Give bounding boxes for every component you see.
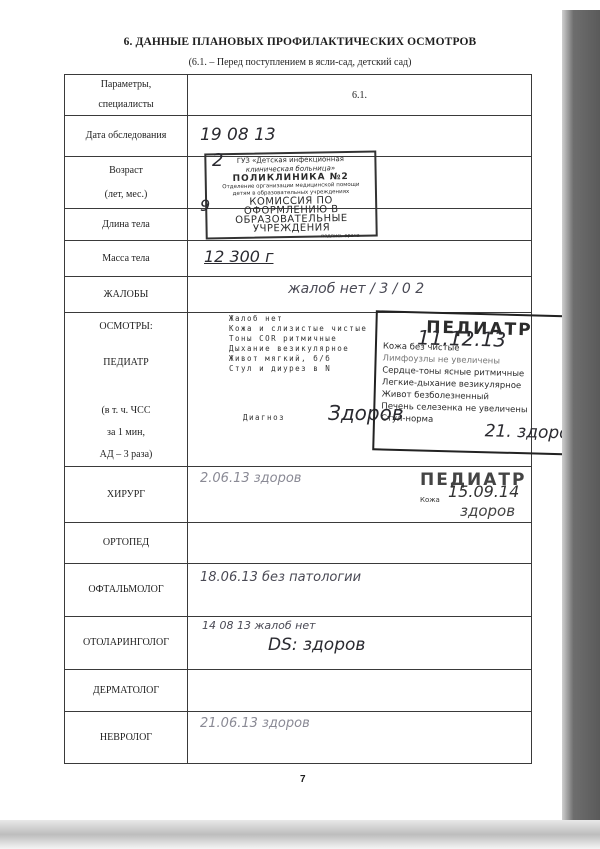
- pediatrician-stamp: ПЕДИАТР 11.12.13 Кожа без чистые Лимфоуз…: [372, 310, 584, 455]
- handwritten-height: 9: [200, 196, 210, 215]
- row-value-otolaryngologist: 14 08 13 жалоб нет DS: здоров: [188, 617, 532, 670]
- handwritten-surgeon: 2.06.13 здоров: [200, 471, 301, 486]
- handwritten-neurologist: 21.06.13 здоров: [200, 716, 310, 731]
- pediatrician-stamp-faded: ПЕДИАТР 15.09.14 Кожа здоров: [420, 470, 560, 504]
- handwritten-ophthalmologist: 18.06.13 без патологии: [200, 570, 361, 585]
- table-row: ОТОЛАРИНГОЛОГ 14 08 13 жалоб нет DS: здо…: [65, 617, 532, 670]
- pediatrician-stamp-date: 11.12.13: [417, 331, 506, 345]
- row-label-weight: Масса тела: [65, 241, 188, 277]
- diagnosis-label: Диагноз: [243, 413, 285, 422]
- table-row: Масса тела 12 300 г: [65, 241, 532, 277]
- row-label-otolaryngologist: ОТОЛАРИНГОЛОГ: [65, 617, 188, 670]
- row-label-complaints: ЖАЛОБЫ: [65, 277, 188, 313]
- page-title: 6. ДАННЫЕ ПЛАНОВЫХ ПРОФИЛАКТИЧЕСКИХ ОСМО…: [0, 36, 600, 48]
- header-label-cell: Параметры, специалисты: [65, 75, 188, 116]
- handwritten-otolaryngologist-line1: 14 08 13 жалоб нет: [202, 619, 316, 632]
- row-value-neurologist: 21.06.13 здоров: [188, 712, 532, 764]
- row-value-complaints: жалоб нет / 3 / 0 2: [188, 277, 532, 313]
- row-label-pediatrician: ОСМОТРЫ: ПЕДИАТР (в т. ч. ЧСС за 1 мин, …: [65, 313, 188, 467]
- row-value-orthopedist: [188, 523, 532, 564]
- table-row: ДЕРМАТОЛОГ: [65, 670, 532, 712]
- page-number: 7: [300, 774, 306, 785]
- table-row: ОФТАЛЬМОЛОГ 18.06.13 без патологии: [65, 564, 532, 617]
- row-value-ophthalmologist: 18.06.13 без патологии: [188, 564, 532, 617]
- table-row: НЕВРОЛОГ 21.06.13 здоров: [65, 712, 532, 764]
- row-label-dermatologist: ДЕРМАТОЛОГ: [65, 670, 188, 712]
- row-label-surgeon: ХИРУРГ: [65, 467, 188, 523]
- table-row: ЖАЛОБЫ жалоб нет / 3 / 0 2: [65, 277, 532, 313]
- row-label-height: Длина тела: [65, 209, 188, 241]
- handwritten-complaints: жалоб нет / 3 / 0 2: [288, 281, 424, 297]
- header-column-6-1: 6.1.: [188, 75, 532, 116]
- row-label-orthopedist: ОРТОПЕД: [65, 523, 188, 564]
- handwritten-weight: 12 300 г: [204, 247, 273, 266]
- row-label-age: Возраст (лет, мес.): [65, 157, 188, 209]
- handwritten-otolaryngologist-line2: DS: здоров: [268, 635, 365, 655]
- table-row: ОРТОПЕД: [65, 523, 532, 564]
- table-header-row: Параметры, специалисты 6.1.: [65, 75, 532, 116]
- typed-exam-notes: Жалоб нет Кожа и слизистые чистые Тоны C…: [229, 314, 367, 374]
- commission-stamp: ГУЗ «Детская инфекционная клиническая бо…: [204, 151, 377, 240]
- row-value-dermatologist: [188, 670, 532, 712]
- row-label-ophthalmologist: ОФТАЛЬМОЛОГ: [65, 564, 188, 617]
- scan-edge-shadow-right: [562, 10, 600, 820]
- row-label-neurologist: НЕВРОЛОГ: [65, 712, 188, 764]
- page-subtitle: (6.1. – Перед поступлением в ясли-сад, д…: [0, 57, 600, 68]
- row-value-weight: 12 300 г: [188, 241, 532, 277]
- scan-edge-shadow-bottom: [0, 820, 600, 849]
- document-page: 6. ДАННЫЕ ПЛАНОВЫХ ПРОФИЛАКТИЧЕСКИХ ОСМО…: [0, 0, 562, 820]
- row-label-exam-date: Дата обследования: [65, 116, 188, 157]
- table-row: Дата обследования 19 08 13: [65, 116, 532, 157]
- handwritten-date: 19 08 13: [200, 125, 276, 145]
- handwritten-age: 2: [212, 150, 223, 171]
